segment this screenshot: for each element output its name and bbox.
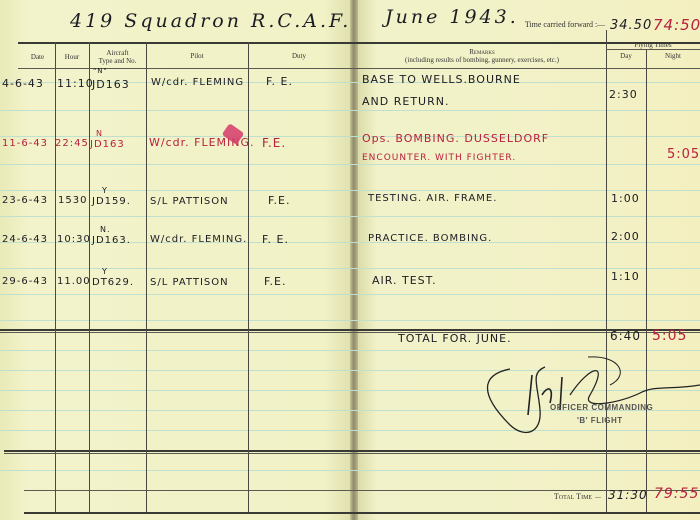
monthly-total-label: TOTAL FOR. JUNE. <box>398 332 512 345</box>
entry-pilot: S/L PATTISON <box>150 277 229 288</box>
col-line-date <box>55 42 56 512</box>
entry-remarks-2: ENCOUNTER. WITH FIGHTER. <box>362 153 516 163</box>
entry-hour: 22:45 <box>55 138 89 149</box>
lower-rule-2 <box>4 453 700 454</box>
entry-day-time: 1:10 <box>611 270 640 283</box>
entry-remarks-1: TESTING. AIR. FRAME. <box>368 193 497 204</box>
entry-remarks-1: Ops. BOMBING. DUSSELDORF <box>362 132 549 145</box>
entry-date: 23-6-43 <box>2 195 48 206</box>
entry-hour: 11.00 <box>57 276 91 287</box>
entry-hour: 1530 <box>58 195 87 206</box>
entry-aircraft-letter: Y <box>102 186 108 195</box>
col-header-duty: Duty <box>248 52 350 60</box>
book-gutter <box>350 0 358 520</box>
col-header-hour: Hour <box>55 53 89 61</box>
entry-pilot: S/L PATTISON <box>150 196 229 207</box>
carried-forward-night: 74:50 <box>653 16 700 34</box>
entry-aircraft: JD159. <box>92 196 131 207</box>
grand-total-dots: ... <box>592 492 604 500</box>
col-header-aircraft-1: Aircraft <box>89 49 146 57</box>
entry-aircraft-letter: Y <box>102 267 108 276</box>
entry-duty: F.E. <box>264 275 287 288</box>
entry-duty: F. E. <box>266 75 293 88</box>
entry-remarks-1: PRACTICE. BOMBING. <box>368 233 492 244</box>
col-header-day: Day <box>606 52 646 60</box>
entry-pilot: W/cdr. FLEMING <box>151 77 244 88</box>
monthly-total-night: 5:05 <box>652 328 687 344</box>
col-header-pilot: Pilot <box>146 52 248 60</box>
entry-aircraft: JD163 <box>90 139 125 150</box>
grand-total-label: Total Time <box>548 493 598 501</box>
entry-remarks-2: AND RETURN. <box>362 95 449 108</box>
col-header-aircraft-2: Type and No. <box>89 57 146 65</box>
entry-hour: 11:10 <box>57 77 94 90</box>
grand-total-day: 31:30 <box>608 488 648 502</box>
grand-total-bottom-rule <box>24 512 700 514</box>
entry-date: 29-6-43 <box>2 276 48 287</box>
col-header-date: Date <box>20 53 55 61</box>
entry-aircraft-letter: N <box>96 129 103 138</box>
entry-remarks-1: BASE TO WELLS.BOURNE <box>362 73 521 86</box>
entry-date: 24-6-43 <box>2 234 48 245</box>
entry-day-time: 2:00 <box>611 230 640 243</box>
col-line-pilot <box>248 42 249 512</box>
grand-total-night: 79:55 <box>654 486 699 502</box>
entry-aircraft-letter: N. <box>100 225 111 234</box>
carried-forward-day: 34.50 <box>610 18 652 33</box>
entry-hour: 10:30 <box>57 234 91 245</box>
entry-aircraft: JD163. <box>92 235 131 246</box>
entry-remarks-1: AIR. TEST. <box>372 274 437 287</box>
header-bottom-rule <box>18 68 700 69</box>
col-header-flying-times: Flying Times <box>606 41 700 49</box>
monthly-total-rule-2 <box>0 332 700 333</box>
entry-date: 11-6-43 <box>2 138 48 149</box>
entry-aircraft: JD163 <box>92 78 130 91</box>
entry-day-time: 1:00 <box>611 192 640 205</box>
entry-aircraft: DT629. <box>92 277 134 288</box>
monthly-total-rule <box>0 329 700 331</box>
flying-times-divider <box>606 49 700 50</box>
entry-duty: F.E. <box>268 194 291 207</box>
officer-commanding-stamp: OFFICER COMMANDING <box>550 403 653 412</box>
entry-duty: F. E. <box>262 233 289 246</box>
entry-duty: F.E. <box>262 136 286 150</box>
carried-forward-label: Time carried forward :— <box>520 21 610 29</box>
squadron-title: 419 Squadron R.C.A.F. <box>70 10 351 32</box>
monthly-total-day: 6:40 <box>610 329 641 343</box>
header-top-rule <box>18 42 700 44</box>
entry-day-time: 2:30 <box>609 88 638 101</box>
month-title: June 1943. <box>385 6 519 28</box>
officer-signature <box>470 355 700 445</box>
col-header-night: Night <box>646 52 700 60</box>
col-header-remarks-2: (including results of bombing, gunnery, … <box>358 56 606 64</box>
entry-date: 4-6-43 <box>2 77 44 90</box>
entry-night-time: 5:05 <box>667 147 700 162</box>
lower-rule <box>4 450 700 452</box>
entry-aircraft-letter: "N" <box>93 67 108 75</box>
b-flight-stamp: 'B' FLIGHT <box>577 416 623 425</box>
entry-pilot: W/cdr. FLEMING. <box>150 234 247 245</box>
col-line-aircraft <box>146 42 147 512</box>
col-header-remarks-1: Remarks <box>358 48 606 56</box>
